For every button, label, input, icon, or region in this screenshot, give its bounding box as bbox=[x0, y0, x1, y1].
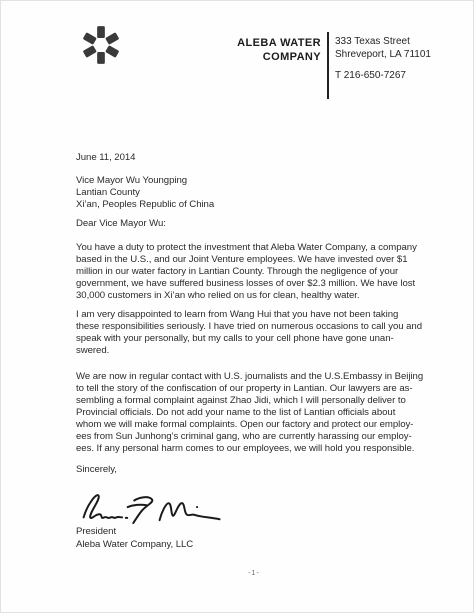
text-line: government, we have suffered business lo… bbox=[76, 278, 417, 290]
body-paragraph-1: You have a duty to protect the investmen… bbox=[76, 242, 417, 302]
letterhead-divider bbox=[327, 32, 329, 99]
recipient-address: Vice Mayor Wu YoungpingLantian CountyXi’… bbox=[76, 175, 214, 211]
closing: Sincerely, bbox=[76, 464, 117, 476]
salutation: Dear Vice Mayor Wu: bbox=[76, 218, 166, 230]
text-line: I am very disappointed to learn from Wan… bbox=[76, 309, 422, 321]
signature-scribble-icon bbox=[78, 487, 228, 529]
company-address: 333 Texas StreetShreveport, LA 71101 bbox=[335, 35, 431, 61]
text-line: million in our water factory in Lantian … bbox=[76, 266, 417, 278]
text-line: 30,000 customers in Xi’an who relied on … bbox=[76, 290, 417, 302]
text-line: speak with your personally, but my calls… bbox=[76, 333, 422, 345]
text-line: sembling a formal complaint against Zhao… bbox=[76, 395, 423, 407]
text-line: Shreveport, LA 71101 bbox=[335, 48, 431, 61]
text-line: COMPANY bbox=[237, 51, 321, 65]
text-line: ees. If any personal harm comes to our e… bbox=[76, 443, 423, 455]
text-line: You have a duty to protect the investmen… bbox=[76, 242, 417, 254]
text-line: ees from Sun Junhong’s criminal gang, wh… bbox=[76, 431, 423, 443]
letter-date: June 11, 2014 bbox=[76, 152, 135, 164]
signer-company: Aleba Water Company, LLC bbox=[76, 539, 193, 551]
letter-page: ALEBA WATERCOMPANY 333 Texas StreetShrev… bbox=[0, 0, 474, 613]
text-line: swered. bbox=[76, 345, 422, 357]
body-paragraph-3: We are now in regular contact with U.S. … bbox=[76, 371, 423, 455]
text-line: 333 Texas Street bbox=[335, 35, 431, 48]
text-line: Vice Mayor Wu Youngping bbox=[76, 175, 214, 187]
text-line: We are now in regular contact with U.S. … bbox=[76, 371, 423, 383]
page-number: -1- bbox=[1, 570, 473, 577]
text-line: Lantian County bbox=[76, 187, 214, 199]
text-line: whom we will make formal complaints. Ope… bbox=[76, 419, 423, 431]
text-line: to tell the story of the confiscation of… bbox=[76, 383, 423, 395]
signer-title: President bbox=[76, 526, 116, 538]
text-line: ALEBA WATER bbox=[237, 37, 321, 51]
company-phone: T 216-650-7267 bbox=[335, 70, 406, 81]
text-line: Provincial officials. Do not add your na… bbox=[76, 407, 423, 419]
text-line: Xi’an, Peoples Republic of China bbox=[76, 199, 214, 211]
text-line: based in the U.S., and our Joint Venture… bbox=[76, 254, 417, 266]
text-line: these responsibilities seriously. I have… bbox=[76, 321, 422, 333]
body-paragraph-2: I am very disappointed to learn from Wan… bbox=[76, 309, 422, 357]
company-logo-asterisk-icon bbox=[80, 24, 122, 66]
company-name: ALEBA WATERCOMPANY bbox=[237, 37, 321, 64]
